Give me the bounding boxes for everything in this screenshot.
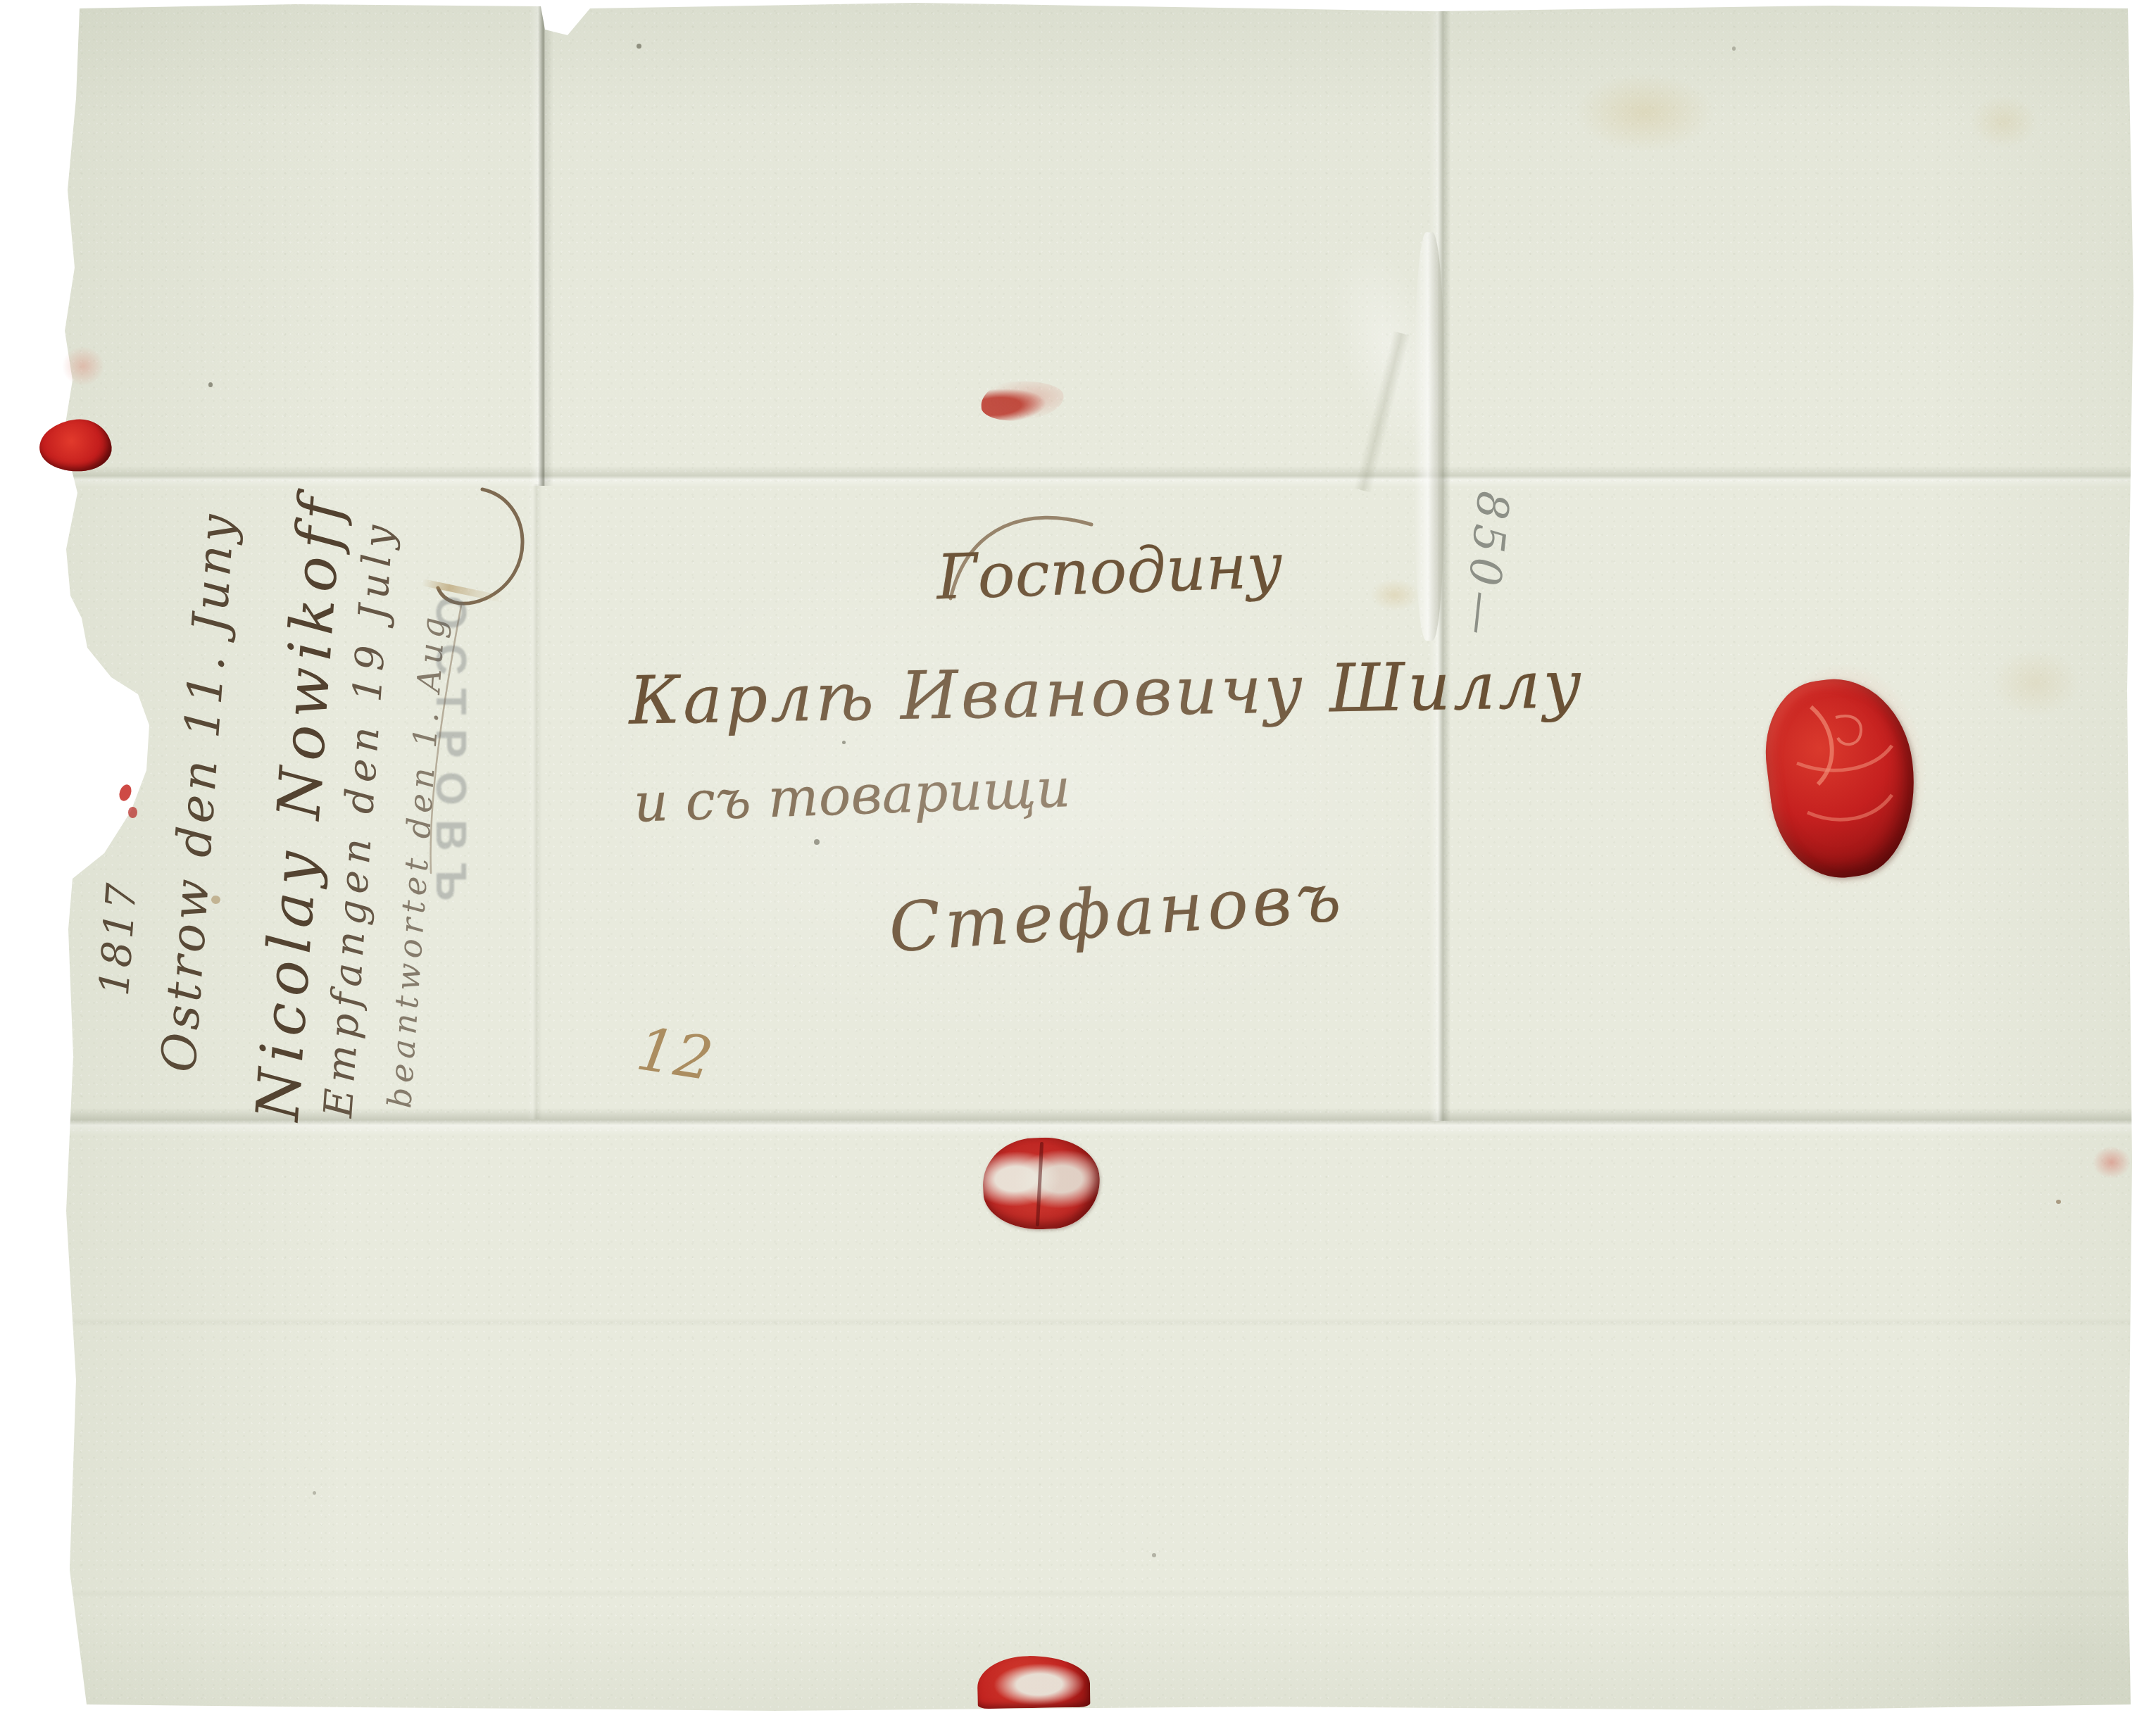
fold-line-vertical-left-lower (527, 484, 542, 1119)
letter-paper: 1817 Ostrow den 11. Juny Nicolay Nowikof… (0, 0, 2156, 1727)
docket-line-answered: beantwortet den 1. Aug (380, 611, 453, 1110)
fold-line-vertical-left-upper (529, 0, 553, 486)
fold-line-horizontal-upper (0, 466, 2156, 487)
ink-speck (842, 741, 846, 744)
paper-stain (421, 579, 504, 603)
crease-wrinkle (1354, 331, 1411, 492)
fold-line-horizontal-faint-1 (0, 1318, 2156, 1326)
pencil-price-note: 850— (1453, 489, 1519, 643)
scan-background: 1817 Ostrow den 11. Juny Nicolay Nowikof… (0, 0, 2156, 1727)
paper-stain (1970, 96, 2038, 148)
paper-stain (1370, 579, 1419, 611)
crease-wrinkle (1308, 228, 1469, 466)
wax-fleck (117, 783, 133, 803)
address-companions-line: и съ товарищи (633, 756, 1072, 834)
crease-flap-edge (1414, 232, 1445, 641)
ostrov-postmark-stamp: ОСТРОВЪ (426, 596, 476, 915)
fold-line-horizontal-lower (0, 1108, 2156, 1138)
ink-speck (208, 382, 213, 387)
fold-line-vertical-right (1429, 0, 1450, 1121)
ink-speck (313, 1491, 316, 1495)
ink-speck (814, 839, 820, 845)
docket-line-received: Empfangen den 19 July (315, 517, 403, 1119)
docket-line-year: 1817 (90, 879, 146, 998)
fold-line-horizontal-faint-2 (0, 1590, 2156, 1598)
ink-speck (637, 44, 641, 49)
address-salutation-line: Господину (935, 529, 1284, 613)
paper-stain (211, 896, 220, 904)
paper-stain (1576, 73, 1714, 152)
docket-flourish (394, 468, 549, 1031)
docket-line-sender: Nicolay Nowikoff (243, 489, 356, 1123)
address-name-line: Карлѣ Ивановичу Шиллу (628, 646, 1585, 740)
ink-speck (1152, 1553, 1156, 1557)
ink-speck (1732, 46, 1736, 51)
paper-stain (1991, 649, 2080, 717)
address-surname-line: Стефановъ (886, 858, 1348, 968)
postal-rate-number: 12 (632, 1014, 717, 1094)
address-flourish (929, 493, 1113, 620)
docket-line-place-date: Ostrow den 11. Juny (151, 509, 246, 1074)
ink-speck (2056, 1200, 2061, 1204)
